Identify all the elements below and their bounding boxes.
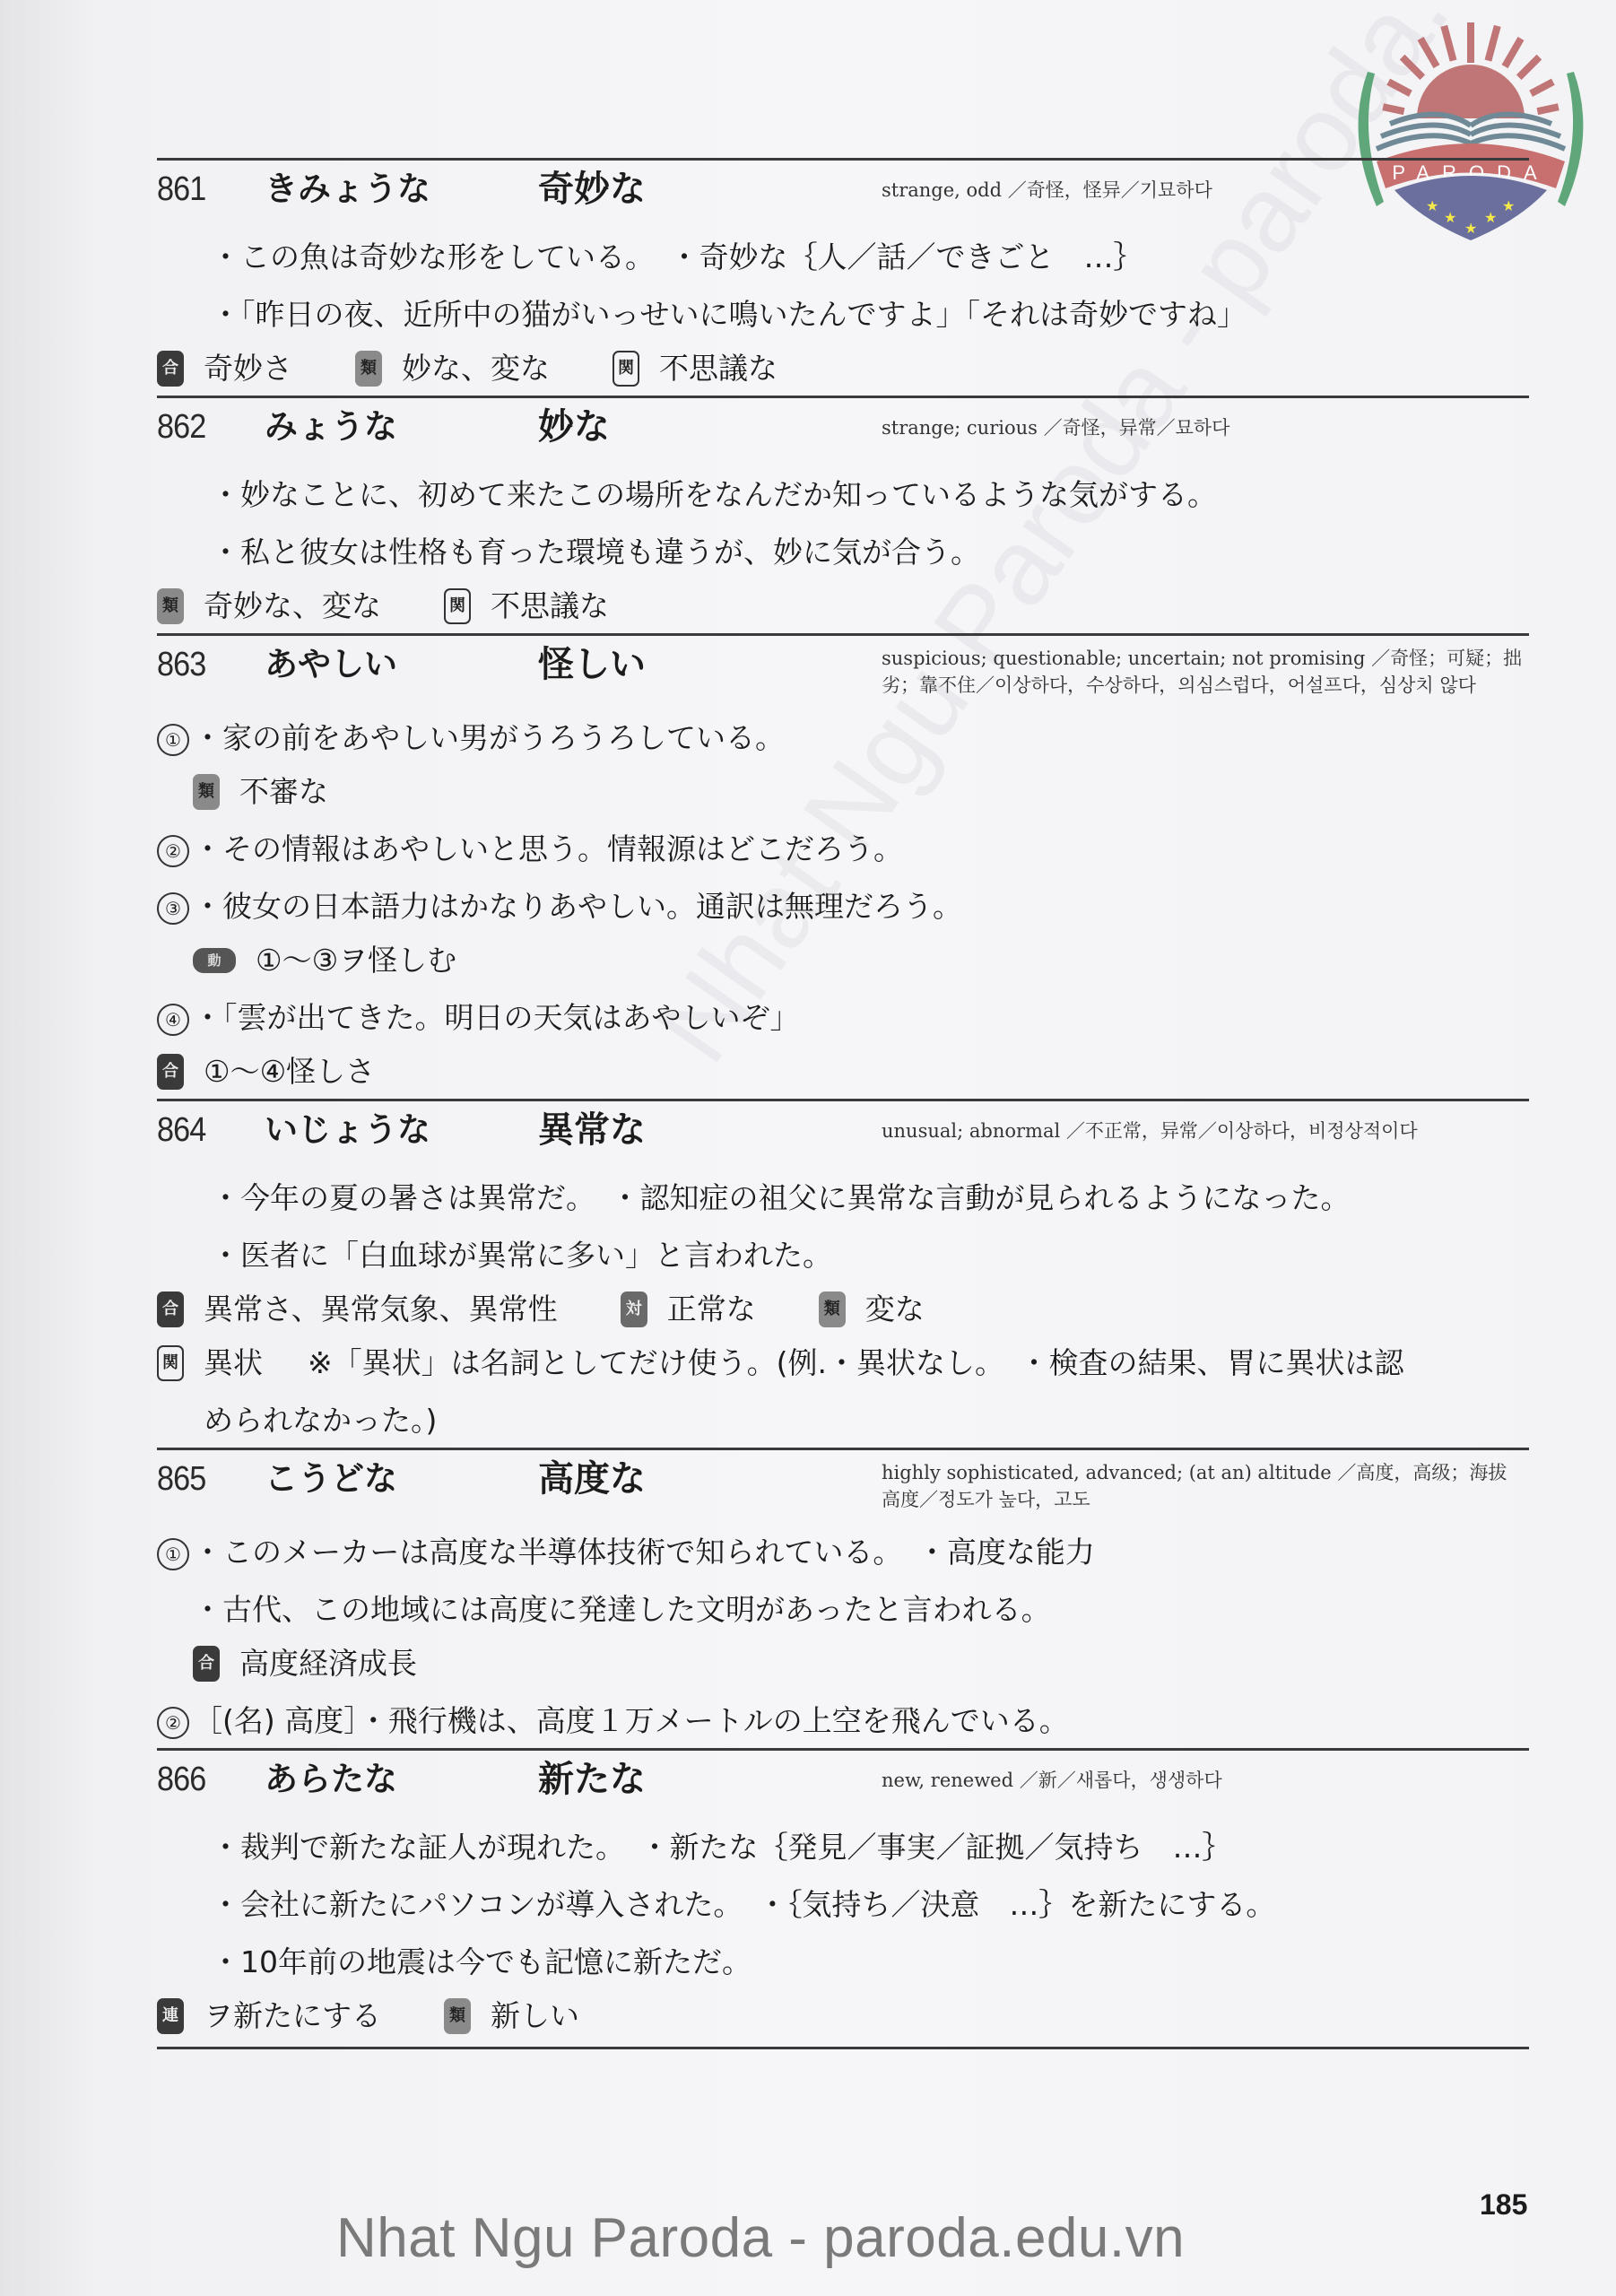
entry-862: 862 みょうな 妙な strange; curious ／奇怪，异常／묘하다 … [157, 396, 1529, 633]
entry-reading: あやしい [265, 643, 538, 686]
entry-number: 863 [157, 643, 254, 686]
page-number: 185 [1480, 2188, 1527, 2222]
synonym-tag-icon: 類 [819, 1291, 846, 1327]
tag-text: 奇妙な、変な [204, 588, 381, 624]
example-sentence: ・10年前の地震は今でも記憶に新ただ。 [157, 1923, 1529, 1980]
example-sentence: ・この魚は奇妙な形をしている。 ・奇妙な｛人／話／できごと …｝ [157, 218, 1529, 275]
related-tag-icon: 関 [444, 588, 471, 624]
entry-number: 861 [157, 168, 254, 211]
entry-translation: strange; curious ／奇怪，异常／묘하다 [882, 414, 1523, 441]
tag-text: 変な [865, 1291, 925, 1327]
tag-text: ①〜③ヲ怪しむ [256, 943, 456, 978]
tag-text: 不思議な [659, 351, 778, 387]
entry-translation: highly sophisticated, advanced; (at an) … [882, 1459, 1523, 1513]
example-sentence: ・家の前をあやしい男がうろうろしている。 [193, 720, 785, 755]
synonym-tag-icon: 類 [444, 1998, 471, 2034]
tag-text: 妙な、変な [402, 351, 550, 387]
example-sentence: ・裁判で新たな証人が現れた。 ・新たな｛発見／事実／証拠／気持ち …｝ [157, 1808, 1529, 1865]
tag-text: ①〜④怪しさ [204, 1054, 375, 1090]
entry-866: 866 あらたな 新たな new, renewed ／新／새롭다，생생하다 ・裁… [157, 1748, 1529, 2049]
example-sentence: ・古代、この地域には高度に発達した文明があったと言われる。 [157, 1570, 1529, 1628]
sense-2: ②・その情報はあやしいと思う。情報源はどこだろう。 [157, 810, 1529, 867]
sense-marker: ① [157, 724, 189, 756]
entry-translation: suspicious; questionable; uncertain; not… [882, 645, 1523, 699]
entry-reading: こうどな [265, 1457, 538, 1500]
verb-tag-icon: 動 [193, 948, 236, 973]
sense-marker: ② [157, 835, 189, 867]
sense-4: ④・「雲が出てきた。明日の天気はあやしいぞ」 [157, 978, 1529, 1036]
example-sentence: ・このメーカーは高度な半導体技術で知られている。 ・高度な能力 [193, 1535, 1095, 1570]
entry-861: 861 きみょうな 奇妙な strange, odd ／奇怪，怪异／기묘하다 ・… [157, 158, 1529, 396]
example-sentence: ・私と彼女は性格も育った環境も違うが、妙に気が合う。 [157, 513, 1529, 570]
related-note-row: 関 異状 ※「異状」は名詞としてだけ使う。(例.・異状なし。 ・検査の結果、胃に… [157, 1327, 1529, 1381]
sense-label: ［(名) 高度］ [193, 1703, 359, 1738]
synonym-tag-icon: 類 [193, 774, 220, 810]
entry-headword: 怪しい [538, 643, 646, 686]
example-sentence: ・「雲が出てきた。明日の天気はあやしいぞ」 [193, 1000, 800, 1035]
related-note: ※「異状」は名詞としてだけ使う。(例.・異状なし。 ・検査の結果、胃に異状は認 [308, 1345, 1404, 1381]
tag-text: 不思議な [491, 588, 609, 624]
sense-1: ①・このメーカーは高度な半導体技術で知られている。 ・高度な能力 [157, 1513, 1529, 1570]
example-sentence: ・その情報はあやしいと思う。情報源はどこだろう。 [193, 831, 903, 866]
tag-text: 不審な [239, 774, 328, 810]
entry-number: 862 [157, 405, 254, 448]
related-tag-icon: 関 [157, 1345, 184, 1381]
entry-translation: unusual; abnormal ／不正常，异常／이상하다，비정상적이다 [882, 1118, 1523, 1144]
example-sentence: ・「昨日の夜、近所中の猫がいっせいに鳴いたんですよ」「それは奇妙ですね」 [157, 275, 1529, 333]
entry-headword: 高度な [538, 1457, 646, 1500]
sense-3: ③・彼女の日本語力はかなりあやしい。通訳は無理だろう。 [157, 867, 1529, 925]
related-tag-icon: 関 [613, 351, 639, 387]
tag-text: 高度経済成長 [239, 1646, 417, 1682]
entry-reading: きみょうな [265, 168, 538, 211]
tag-text: 正常な [667, 1291, 756, 1327]
synonym-tag-icon: 類 [355, 351, 382, 387]
entry-headword: 奇妙な [538, 168, 646, 211]
sense-marker: ② [157, 1707, 189, 1739]
idiom-tag-icon: 連 [157, 1998, 184, 2034]
vocabulary-page: 861 きみょうな 奇妙な strange, odd ／奇怪，怪异／기묘하다 ・… [157, 158, 1529, 2049]
synonym-tag-icon: 類 [157, 588, 184, 624]
tag-row: 連 ヲ新たにする 類 新しい [157, 1980, 1529, 2034]
sense-2: ②［(名) 高度］・飛行機は、高度１万メートルの上空を飛んでいる。 [157, 1682, 1529, 1739]
tag-text: ヲ新たにする [204, 1998, 381, 2034]
compound-tag-icon: 合 [157, 351, 184, 387]
example-sentence: ・医者に「白血球が異常に多い」と言われた。 [157, 1216, 1529, 1274]
entry-reading: あらたな [265, 1758, 538, 1801]
entry-headword: 異常な [538, 1109, 646, 1152]
entry-translation: strange, odd ／奇怪，怪异／기묘하다 [882, 177, 1523, 204]
entry-reading: いじょうな [265, 1109, 538, 1152]
sense-marker: ① [157, 1538, 189, 1570]
entry-reading: みょうな [265, 405, 538, 448]
tag-text: 新しい [491, 1998, 579, 2034]
tag-row: 合 異常さ、異常気象、異常性 対 正常な 類 変な [157, 1274, 1529, 1327]
example-sentence: ・会社に新たにパソコンが導入された。 ・｛気持ち／決意 …｝を新たにする。 [157, 1865, 1529, 1923]
example-sentence: ・妙なことに、初めて来たこの場所をなんだか知っているような気がする。 [157, 456, 1529, 513]
sense-marker: ④ [157, 1004, 189, 1036]
tag-row: 合 高度経済成長 [157, 1628, 1529, 1682]
entry-number: 864 [157, 1109, 254, 1152]
compound-tag-icon: 合 [157, 1054, 184, 1090]
tag-text: 奇妙さ [204, 351, 292, 387]
example-sentence: ・彼女の日本語力はかなりあやしい。通訳は無理だろう。 [193, 889, 962, 924]
entry-translation: new, renewed ／新／새롭다，생생하다 [882, 1767, 1523, 1794]
related-word: 異状 [204, 1345, 263, 1381]
compound-tag-icon: 合 [157, 1291, 184, 1327]
verb-note-row: 動 ①〜③ヲ怪しむ [157, 925, 1529, 978]
tag-row: 類 奇妙な、変な 関 不思議な [157, 570, 1529, 624]
example-sentence: ・今年の夏の暑さは異常だ。 ・認知症の祖父に異常な言動が見られるようになった。 [157, 1159, 1529, 1216]
related-note-cont: められなかった。) [157, 1381, 1529, 1439]
sense-marker: ③ [157, 892, 189, 925]
tag-row: 合 ①〜④怪しさ [157, 1036, 1529, 1090]
entry-number: 865 [157, 1457, 254, 1500]
example-sentence: ・飛行機は、高度１万メートルの上空を飛んでいる。 [359, 1703, 1069, 1738]
entry-headword: 新たな [538, 1758, 646, 1801]
entry-number: 866 [157, 1758, 254, 1801]
entry-headword: 妙な [538, 405, 610, 448]
entry-863: 863 あやしい 怪しい suspicious; questionable; u… [157, 633, 1529, 1099]
antonym-tag-icon: 対 [621, 1291, 647, 1327]
tag-row: 合 奇妙さ 類 妙な、変な 関 不思議な [157, 333, 1529, 387]
entry-864: 864 いじょうな 異常な unusual; abnormal ／不正常，异常／… [157, 1099, 1529, 1448]
footer-watermark: Nhat Ngu Paroda - paroda.edu.vn [336, 2206, 1185, 2270]
tag-row: 類 不審な [157, 756, 1529, 810]
sense-1: ①・家の前をあやしい男がうろうろしている。 [157, 699, 1529, 756]
compound-tag-icon: 合 [193, 1646, 220, 1682]
tag-text: 異常さ、異常気象、異常性 [204, 1291, 558, 1327]
entry-865: 865 こうどな 高度な highly sophisticated, advan… [157, 1448, 1529, 1748]
